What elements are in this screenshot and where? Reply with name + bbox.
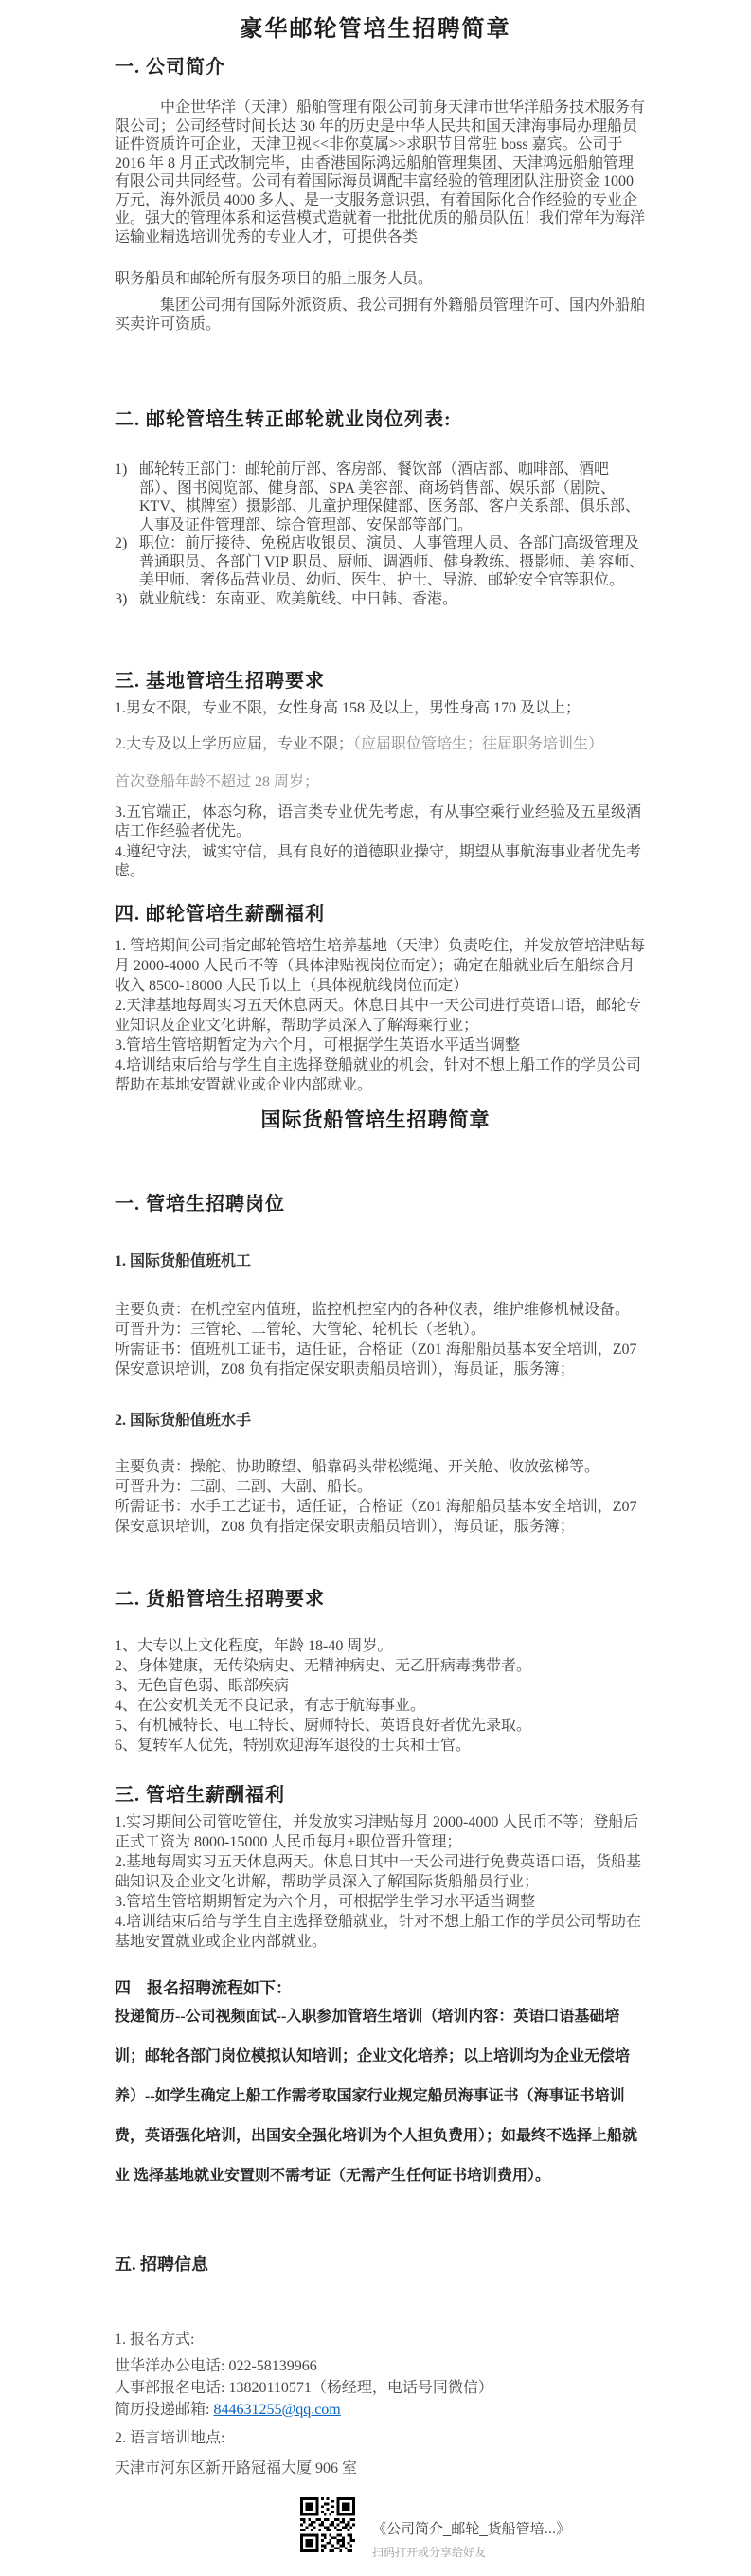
share-card-text: 《公司简介_邮轮_货船管培...》 扫码打开或分享给好友 — [372, 2518, 570, 2560]
list-item: 5、有机械特长、电工特长、厨师特长、英语良好者优先录取。 — [115, 1716, 645, 1736]
share-card-title: 《公司简介_邮轮_货船管培...》 — [372, 2518, 570, 2538]
qr-code — [300, 2497, 355, 2552]
section-heading-apply-process: 四 报名招聘流程如下： — [115, 1974, 645, 1998]
cruise-job-list: 1) 邮轮转正部门：邮轮前厅部、客房部、餐饮部（酒店部、咖啡部、酒吧部）、图书阅… — [115, 460, 645, 608]
section-heading-cargo-salary: 三. 管培生薪酬福利 — [115, 1779, 645, 1807]
list-item-text: 就业航线：东南亚、欧美航线、中日韩、香港。 — [139, 590, 645, 609]
section-heading-company-intro: 一. 公司简介 — [115, 51, 645, 79]
requirement-item-1: 1.男女不限，专业不限，女性身高 158 及以上，男性身高 170 及以上； — [115, 699, 645, 718]
company-qualification-paragraph: 集团公司拥有国际外派资质、我公司拥有外籍船员管理许可、国内外船舶买卖许可资质。 — [115, 297, 645, 333]
section-heading-cruise-salary: 四. 邮轮管培生薪酬福利 — [115, 898, 645, 926]
job-motorman-details: 主要负责：在机控室内值班，监控机控室内的各种仪表，维护维修机械设备。可晋升为：三… — [115, 1300, 645, 1379]
list-item: 3、无色盲色弱、眼部疾病 — [115, 1676, 645, 1696]
list-item: 1.实习期间公司管吃管住，并发放实习津贴每月 2000-4000 人民币不等；登… — [115, 1812, 645, 1852]
list-item: 1. 管培期间公司指定邮轮管培生培养基地（天津）负责吃住，并发放管培津贴每月 2… — [115, 936, 645, 996]
training-location-label: 2. 语言培训地点: — [115, 2427, 645, 2449]
cargo-doc-title: 国际货船管培生招聘简章 — [0, 1105, 751, 1133]
cargo-requirements-list: 1、大专以上文化程度，年龄 18-40 周岁。2、身体健康，无传染病史、无精神病… — [115, 1636, 645, 1756]
section-heading-cargo-positions: 一. 管培生招聘岗位 — [115, 1188, 645, 1216]
list-item: 2) 职位：前厅接待、免税店收银员、演员、人事管理人员、各部门高级管理及普通职员… — [115, 534, 645, 590]
list-item-text: 职位：前厅接待、免税店收银员、演员、人事管理人员、各部门高级管理及普通职员、各部… — [139, 534, 645, 590]
resume-email-line: 简历投递邮箱: 844631255@qq.com — [115, 2399, 645, 2421]
apply-method-label: 1. 报名方式: — [115, 2329, 645, 2351]
list-item: 6、复转军人优先，特别欢迎海军退役的士兵和士官。 — [115, 1736, 645, 1756]
job-detail-line: 可晋升为：三副、二副、大副、船长。 — [115, 1477, 645, 1497]
job-detail-line: 所需证书：水手工艺证书，适任证，合格证（Z01 海船船员基本安全培训，Z07 保… — [115, 1497, 645, 1537]
qr-code-image — [300, 2497, 355, 2552]
company-intro-paragraph: 中企世华洋（天津）船舶管理有限公司前身天津市世华洋船务技术服务有限公司；公司经营… — [115, 99, 645, 246]
requirement-item-4: 4.遵纪守法，诚实守信，具有良好的道德职业操守，期望从事航海事业者优先考虑。 — [115, 843, 645, 880]
email-label: 简历投递邮箱: — [115, 2402, 213, 2418]
list-item: 1、大专以上文化程度，年龄 18-40 周岁。 — [115, 1636, 645, 1656]
document-page: 豪华邮轮管培生招聘简章 一. 公司简介 中企世华洋（天津）船舶管理有限公司前身天… — [0, 0, 751, 2576]
list-item-number: 2) — [115, 534, 139, 590]
requirement-item-3: 3.五官端正，体态匀称，语言类专业优先考虑，有从事空乘行业经验及五星级酒店工作经… — [115, 803, 645, 840]
share-card: 《公司简介_邮轮_货船管培...》 扫码打开或分享给好友 — [300, 2497, 679, 2560]
list-item-number: 1) — [115, 460, 139, 534]
list-item: 2、身体健康，无传染病史、无精神病史、无乙肝病毒携带者。 — [115, 1656, 645, 1676]
section-heading-recruit-info: 五. 招聘信息 — [115, 2251, 645, 2276]
requirement-item-2-main: 2.大专及以上学历应届，专业不限； — [115, 736, 353, 752]
job-detail-line: 可晋升为：三管轮、二管轮、大管轮、轮机长（老轨）。 — [115, 1320, 645, 1340]
list-item: 4.培训结束后给与学生自主选择登船就业，针对不想上船工作的学员公司帮助在基地安置… — [115, 1912, 645, 1952]
hr-phone: 人事部报名电话: 13820110571（杨经理，电话号同微信） — [115, 2377, 645, 2399]
apply-process-paragraph: 投递简历--公司视频面试--入职参加管培生培训（培训内容：英语口语基础培训；邮轮… — [115, 1997, 645, 2196]
job-detail-line: 主要负责：操舵、协助瞭望、船靠码头带松缆绳、开关舱、收放弦梯等。 — [115, 1457, 645, 1477]
requirement-age-note: 首次登船年龄不超过 28 周岁； — [115, 773, 645, 792]
section-heading-cruise-job-list: 二. 邮轮管培生转正邮轮就业岗位列表: — [115, 404, 645, 431]
cruise-doc-title: 豪华邮轮管培生招聘简章 — [0, 9, 751, 43]
job-detail-line: 主要负责：在机控室内值班，监控机控室内的各种仪表，维护维修机械设备。 — [115, 1300, 645, 1320]
company-intro-paragraph-cont: 职务船员和邮轮所有服务项目的船上服务人员。 — [115, 270, 645, 289]
list-item: 2.天津基地每周实习五天休息两天。休息日其中一天公司进行英语口语，邮轮专业知识及… — [115, 996, 645, 1036]
list-item: 1) 邮轮转正部门：邮轮前厅部、客房部、餐饮部（酒店部、咖啡部、酒吧部）、图书阅… — [115, 460, 645, 534]
job-title-sailor: 2. 国际货船值班水手 — [115, 1408, 645, 1430]
list-item: 2.基地每周实习五天休息两天。休息日其中一天公司进行免费英语口语，货船基础知识及… — [115, 1852, 645, 1892]
cargo-salary-list: 1.实习期间公司管吃管住，并发放实习津贴每月 2000-4000 人民币不等；登… — [115, 1812, 645, 1952]
job-detail-line: 所需证书：值班机工证书，适任证，合格证（Z01 海船船员基本安全培训，Z07 保… — [115, 1340, 645, 1379]
cruise-salary-list: 1. 管培期间公司指定邮轮管培生培养基地（天津）负责吃住，并发放管培津贴每月 2… — [115, 936, 645, 1095]
job-sailor-details: 主要负责：操舵、协助瞭望、船靠码头带松缆绳、开关舱、收放弦梯等。可晋升为：三副、… — [115, 1457, 645, 1537]
email-link[interactable]: 844631255@qq.com — [213, 2402, 340, 2418]
list-item: 3.管培生管培期暂定为六个月，可根据学生英语水平适当调整 — [115, 1036, 645, 1055]
training-location-address: 天津市河东区新开路冠福大厦 906 室 — [115, 2458, 645, 2479]
list-item-text: 邮轮转正部门：邮轮前厅部、客房部、餐饮部（酒店部、咖啡部、酒吧部）、图书阅览部、… — [139, 460, 645, 534]
requirement-item-2-note: （应届职位管培生；往届职务培训生） — [353, 736, 603, 752]
list-item: 3) 就业航线：东南亚、欧美航线、中日韩、香港。 — [115, 590, 645, 609]
requirement-item-2: 2.大专及以上学历应届，专业不限；（应届职位管培生；往届职务培训生） — [115, 735, 645, 754]
section-heading-cargo-requirements: 二. 货船管培生招聘要求 — [115, 1583, 645, 1611]
share-card-subtitle: 扫码打开或分享给好友 — [372, 2544, 570, 2560]
list-item: 4、在公安机关无不良记录，有志于航海事业。 — [115, 1696, 645, 1716]
list-item: 4.培训结束后给与学生自主选择登船就业的机会，针对不想上船工作的学员公司帮助在基… — [115, 1055, 645, 1095]
list-item: 3.管培生管培期期暂定为六个月，可根据学生学习水平适当调整 — [115, 1892, 645, 1912]
office-phone: 世华洋办公电话: 022-58139966 — [115, 2355, 645, 2377]
section-heading-base-requirements: 三. 基地管培生招聘要求 — [115, 665, 645, 693]
job-title-motorman: 1. 国际货船值班机工 — [115, 1249, 645, 1270]
contact-block: 世华洋办公电话: 022-58139966 人事部报名电话: 138201105… — [115, 2355, 645, 2421]
list-item-number: 3) — [115, 590, 139, 609]
